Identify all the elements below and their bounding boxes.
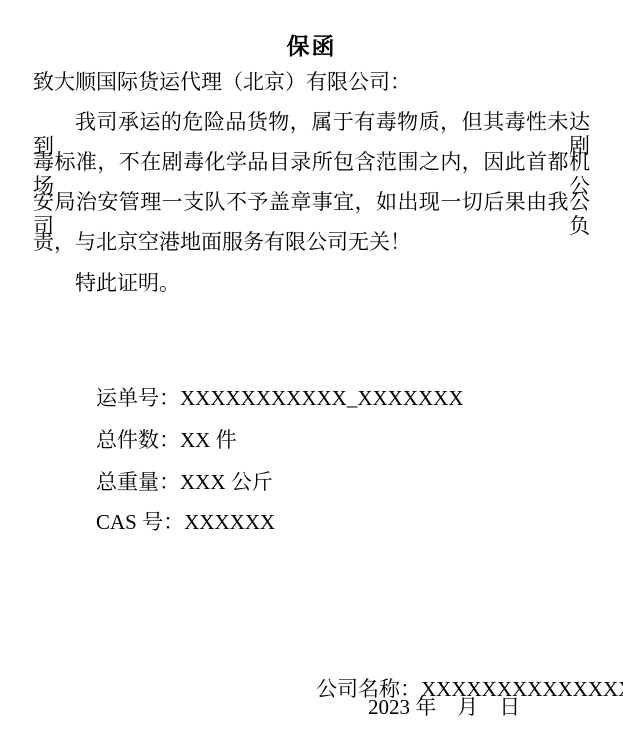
closing-statement: 特此证明。	[75, 271, 590, 295]
date-line: 2023 年 月 日	[368, 695, 520, 719]
cas-number-value: XXXXXX	[184, 510, 275, 534]
document-title: 保函	[0, 28, 623, 61]
body-paragraph-line: 责，与北京空港地面服务有限公司无关！	[33, 230, 590, 254]
guarantee-letter-page: 保函 致大顺国际货运代理（北京）有限公司： 我司承运的危险品货物，属于有毒物质，…	[0, 0, 623, 735]
cas-number-label: CAS 号：	[96, 510, 184, 534]
cas-number-line: CAS 号：XXXXXX	[75, 486, 590, 558]
salutation-line: 致大顺国际货运代理（北京）有限公司：	[33, 70, 590, 94]
